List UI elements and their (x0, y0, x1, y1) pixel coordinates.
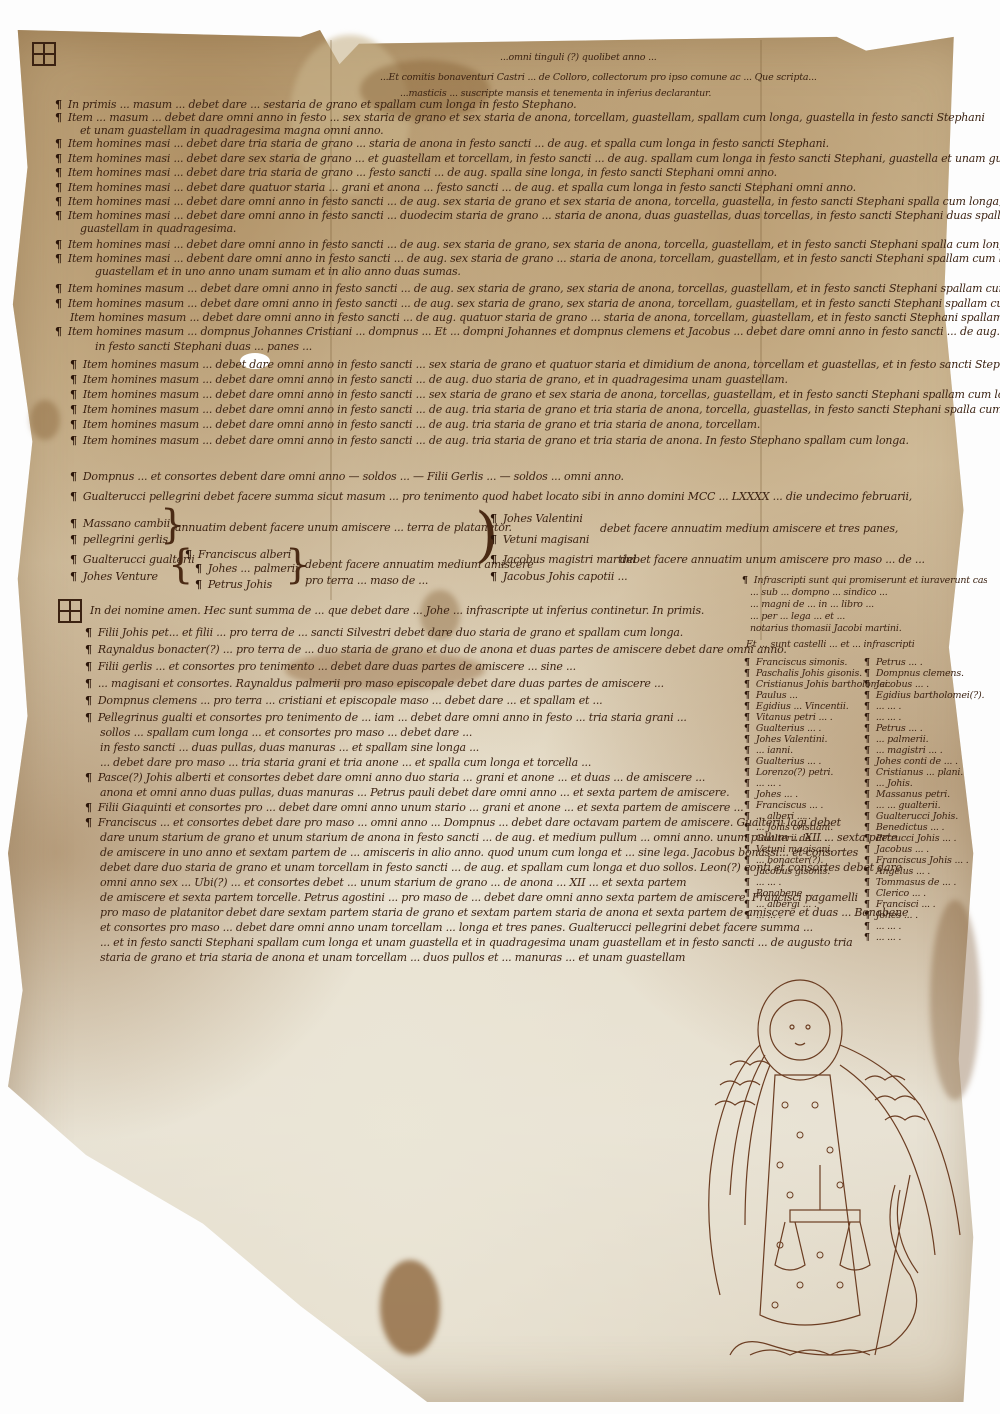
bracket-name: ¶Massano cambii (70, 517, 170, 530)
juror-name: ¶... ... . (864, 712, 984, 723)
left-wing-icon (709, 1045, 760, 1295)
entry-line: anona et omni anno duas pullas, duas man… (100, 786, 729, 799)
juror-name: ¶Lorenzo(?) petri. (744, 767, 862, 778)
juror-name: ¶... ... . (864, 701, 984, 712)
juror-name: ¶Petrucci Johis ... . (864, 833, 984, 844)
entry-line: ¶Item homines masum ... dompnus Johannes… (55, 325, 1000, 338)
entry-line: ¶Filii Giaquinti et consortes pro ... de… (85, 801, 743, 814)
entry-line: ¶Dompnus clemens ... pro terra ... crist… (85, 694, 602, 707)
entry-line: ¶Raynaldus bonacter(?) ... pro terra de … (85, 643, 787, 656)
paragraph-mark-icon: ¶ (85, 801, 92, 814)
juror-name: ¶Gualterucci Johis. (864, 811, 984, 822)
paragraph-mark-icon: ¶ (742, 575, 748, 586)
paragraph-mark-icon: ¶ (55, 209, 62, 222)
juror-name: ¶Francisci ... . (864, 899, 984, 910)
oath-intro: ... per ... lega ... et ... (750, 611, 845, 622)
bracket-name: ¶Johes Valentini (490, 512, 583, 525)
paragraph-mark-icon: ¶ (55, 282, 62, 295)
juror-name: ¶Vitanus petri ... . (744, 712, 862, 723)
paragraph-mark-icon: ¶ (490, 533, 497, 546)
paragraph-mark-icon: ¶ (55, 111, 62, 124)
oath-intro: ... magni de ... in ... libro ... (750, 599, 874, 610)
paragraph-mark-icon: ¶ (85, 771, 92, 784)
juror-name: ¶... ... . (864, 932, 984, 943)
paragraph-mark-icon: ¶ (70, 388, 77, 401)
paragraph-mark-icon: ¶ (85, 816, 92, 829)
bracket-text: debet facere annuatim unum amiscere pro … (620, 553, 925, 566)
juror-name: ¶... palmerii. (864, 734, 984, 745)
entry-line: ¶Item homines masum ... debet dare omni … (55, 282, 1000, 295)
bracket-text: annuatim debent facere unum amiscere ...… (175, 521, 512, 534)
oath-intro: ... sub ... dompno ... sindico ... (750, 587, 888, 598)
bracket-name: ¶Johes Venture (70, 570, 158, 583)
paragraph-mark-icon: ¶ (70, 373, 77, 386)
paragraph-mark-icon: ¶ (85, 711, 92, 724)
entry-line: guastellam in quadragesima. (80, 222, 236, 235)
juror-name: ¶... Johis cristiani. (744, 822, 862, 833)
juror-name: ¶Paulus ... (744, 690, 862, 701)
fold-line (760, 40, 762, 640)
juror-name: ¶Petrus ... . (864, 657, 984, 668)
paragraph-mark-icon: ¶ (70, 490, 77, 503)
paragraph-mark-icon: ¶ (85, 677, 92, 690)
juror-name: ¶Cristianus ... plani. (864, 767, 984, 778)
entry-line: ¶Item homines masum ... debet dare omni … (55, 297, 1000, 310)
header-line-2: ...Et comitis bonaventuri Castri ... de … (380, 72, 817, 83)
oath-intro: ¶Infrascripti sunt qui promiserunt et iu… (742, 575, 987, 586)
paragraph-mark-icon: ¶ (55, 252, 62, 265)
juror-name: ¶Franciscus ... . (744, 800, 862, 811)
bracket-text: debet facere annuatim medium amiscere et… (600, 522, 898, 535)
paragraph-mark-icon: ¶ (490, 570, 497, 583)
entry-line: Item homines masum ... debet dare omni a… (70, 311, 1000, 324)
juror-name: ¶... alberi ... . (744, 811, 862, 822)
bracket-name: ¶Vetuni magisani (490, 533, 589, 546)
entry-line: ¶Item homines masum ... debet dare omni … (70, 373, 788, 386)
entry-line: ¶Item homines masi ... debet dare omni a… (55, 238, 1000, 251)
paragraph-mark-icon: ¶ (55, 325, 62, 338)
paragraph-mark-icon: ¶ (85, 626, 92, 639)
juror-name: ¶Johes ... . (744, 789, 862, 800)
juror-name: ¶Egidius bartholomei(?). (864, 690, 984, 701)
entry-line: ¶Item homines masi ... debet dare tria s… (55, 166, 777, 179)
juror-name: ¶... ... . (744, 778, 862, 789)
paragraph-mark-icon: ¶ (70, 403, 77, 416)
juror-name: ¶Clerico ... . (864, 888, 984, 899)
oath-intro: notarius thomasii Jacobi martini. (750, 623, 902, 634)
juror-name: ¶Egidius ... Vincentii. (744, 701, 862, 712)
paragraph-mark-icon: ¶ (55, 181, 62, 194)
juror-name: ¶Jacobus ... . (864, 679, 984, 690)
paragraph-mark-icon: ¶ (70, 434, 77, 447)
bracket-name: ¶Johes ... palmerii (195, 562, 298, 575)
paragraph-mark-icon: ¶ (85, 694, 92, 707)
entry-line: ¶Item homines masi ... debet dare quatuo… (55, 181, 856, 194)
entry-line: sollos ... spallam cum longa ... et cons… (100, 726, 472, 739)
bracket-text: pro terra ... maso de ... (305, 574, 428, 587)
charter-opening: In dei nomine amen. Hec sunt summa de ..… (90, 604, 704, 617)
entry-line: staria de grano et tria staria de anona … (100, 951, 685, 964)
entry-line: ¶Item homines masum ... debet dare omni … (70, 434, 909, 447)
juror-name: ¶... bonacter(?). (744, 855, 862, 866)
paragraph-mark-icon: ¶ (195, 578, 202, 591)
header-line-1: ...omni tinguli (?) quolibet anno ... (500, 52, 657, 63)
entry-line: ¶Item homines masum ... debet dare omni … (70, 403, 1000, 416)
bracket-name: ¶Jacobus Johis capotii ... (490, 570, 627, 583)
juror-name: ¶Cristianus Johis bartholomei. (744, 679, 862, 690)
entry-line: ¶Dompnus ... et consortes debent dare om… (70, 470, 624, 483)
entry-line: et unam guastellam in quadragesima magna… (80, 124, 383, 137)
paragraph-mark-icon: ¶ (55, 297, 62, 310)
paragraph-mark-icon: ¶ (195, 562, 202, 575)
paragraph-mark-icon: ¶ (55, 166, 62, 179)
entry-line: guastellam et in uno anno unam sumam et … (95, 265, 461, 278)
juror-name: ¶Benedictus ... . (864, 822, 984, 833)
juror-name: ¶... magistri ... . (864, 745, 984, 756)
notary-cross-icon (58, 599, 82, 623)
entry-line: ¶... magisani et consortes. Raynaldus pa… (85, 677, 664, 690)
stain (30, 400, 60, 440)
paragraph-mark-icon: ¶ (55, 98, 62, 111)
juror-name: ¶Franciscus simonis. (744, 657, 862, 668)
juror-name: ¶Johes ... . (864, 910, 984, 921)
paragraph-mark-icon: ¶ (70, 418, 77, 431)
entry-line: ¶Item homines masi ... debet dare sex st… (55, 152, 1000, 165)
paragraph-mark-icon: ¶ (55, 238, 62, 251)
entry-line: ¶In primis ... masum ... debet dare ... … (55, 98, 576, 111)
juror-name: ¶Vetuni magisani. (744, 844, 862, 855)
juror-name: ¶Massanus petri. (864, 789, 984, 800)
juror-name: ¶... albergi ... . (744, 899, 862, 910)
paragraph-mark-icon: ¶ (490, 553, 497, 566)
juror-name: ¶Franciscus Johis ... . (864, 855, 984, 866)
entry-line: omni anno sex ... Ubi(?) ... et consorte… (100, 876, 686, 889)
juror-name: ¶... Johis. (864, 778, 984, 789)
robe-icon (760, 1075, 860, 1325)
oath-column-left: ¶Franciscus simonis. ¶Paschalis Johis gi… (744, 657, 862, 921)
bracket-name: ¶Franciscus alberi (185, 548, 291, 561)
entry-line: et consortes pro maso ... debet dare omn… (100, 921, 813, 934)
juror-name: ¶Gualterius ... . (744, 756, 862, 767)
entry-line: ¶Item homines masum ... debet dare omni … (70, 388, 1000, 401)
paragraph-mark-icon: ¶ (70, 553, 77, 566)
entry-line: in festo sancti Stephani duas ... panes … (95, 340, 312, 353)
spear-icon (875, 1175, 910, 1355)
entry-line: ¶Item homines masi ... debent dare omni … (55, 252, 1000, 265)
paragraph-mark-icon: ¶ (70, 533, 77, 546)
paragraph-mark-icon: ¶ (55, 195, 62, 208)
paragraph-mark-icon: ¶ (55, 137, 62, 150)
juror-name: ¶Paschalis Johis gisonis. (744, 668, 862, 679)
entry-line: ¶Item homines masi ... debet dare tria s… (55, 137, 829, 150)
right-wing-icon (840, 1045, 960, 1235)
entry-line: ¶Item ... masum ... debet dare omni anno… (55, 111, 985, 124)
juror-name: ¶Angelus ... . (864, 866, 984, 877)
juror-name: ¶Petrus ... . (864, 723, 984, 734)
paragraph-mark-icon: ¶ (85, 643, 92, 656)
oath-intro: Et ... sunt castelli ... et ... infrascr… (746, 639, 915, 650)
entry-line: ¶Pasce(?) Johis alberti et consortes deb… (85, 771, 705, 784)
juror-name: ¶Gualterius ... . (744, 723, 862, 734)
paragraph-mark-icon: ¶ (70, 470, 77, 483)
entry-line: ... et in festo sancti Stephani spallam … (100, 936, 853, 949)
notary-sign-icon (32, 42, 56, 66)
entry-line: ¶Item homines masum ... debet dare omni … (70, 358, 1000, 371)
bracket-name: ¶pellegrini gerlis (70, 533, 168, 546)
juror-name: ¶Gualterii de ... . (744, 833, 862, 844)
entry-line: ¶Item homines masi ... debet dare omni a… (55, 209, 1000, 222)
oath-column-right: ¶Petrus ... . ¶Dompnus clemens. ¶Jacobus… (864, 657, 984, 943)
juror-name: ¶Dompnus clemens. (864, 668, 984, 679)
entry-line: ¶Pellegrinus gualti et consortes pro ten… (85, 711, 687, 724)
juror-name: ¶... ... . (864, 921, 984, 932)
entry-line: ¶Franciscus ... et consortes debet dare … (85, 816, 841, 829)
entry-line: in festo sancti ... duas pullas, duas ma… (100, 741, 479, 754)
entry-line: ¶Filii Johis pet... et filii ... pro ter… (85, 626, 683, 639)
entry-line: ¶Item homines masum ... debet dare omni … (70, 418, 760, 431)
entry-line: ¶Item homines masi ... debet dare omni a… (55, 195, 1000, 208)
entry-line: ... debet dare pro maso ... tria staria … (100, 756, 591, 769)
paragraph-mark-icon: ¶ (70, 358, 77, 371)
stain (380, 1260, 440, 1355)
st-michael-drawing-icon (690, 975, 990, 1395)
paragraph-mark-icon: ¶ (70, 517, 77, 530)
section-4-oath-list: ¶Infrascripti sunt qui promiserunt et iu… (742, 575, 987, 995)
bracket-name: ¶Jacobus magistri martini (490, 553, 636, 566)
juror-name: ¶Johes Valentini. (744, 734, 862, 745)
paragraph-mark-icon: ¶ (185, 548, 192, 561)
juror-name: ¶... ... . (744, 877, 862, 888)
paragraph-mark-icon: ¶ (490, 512, 497, 525)
bracket-name: ¶Petrus Johis (195, 578, 272, 591)
juror-name: ¶Tommasus de ... . (864, 877, 984, 888)
juror-name: ¶... ianni. (744, 745, 862, 756)
juror-name: ¶Jacobus ... . (864, 844, 984, 855)
juror-name: ¶Bonabene ... . (744, 888, 862, 899)
juror-name: ¶... ... gualterii. (864, 800, 984, 811)
juror-name: ¶Johes conti de ... . (864, 756, 984, 767)
paragraph-mark-icon: ¶ (70, 570, 77, 583)
paragraph-mark-icon: ¶ (55, 152, 62, 165)
juror-name: ¶... ... . (744, 910, 862, 921)
juror-name: ¶Jacobus gisonis. (744, 866, 862, 877)
paragraph-mark-icon: ¶ (85, 660, 92, 673)
entry-line: ¶Filii gerlis ... et consortes pro tenim… (85, 660, 576, 673)
